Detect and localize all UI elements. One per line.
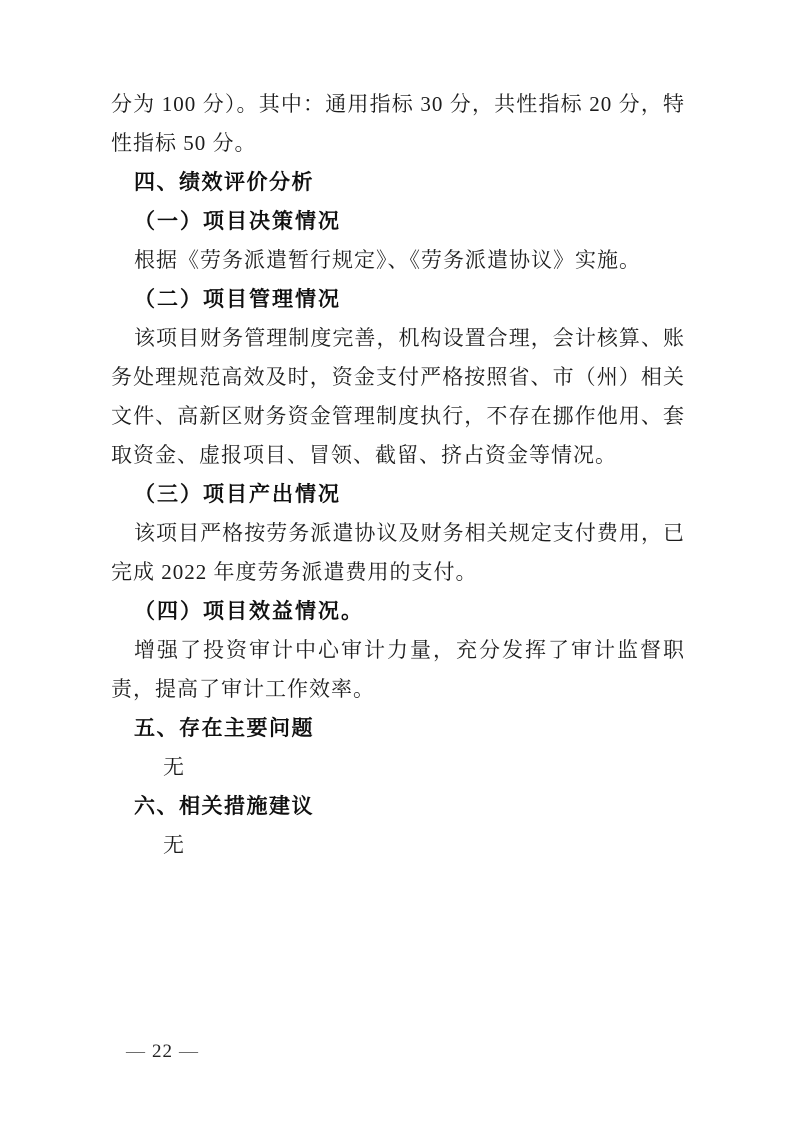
subsection-heading: （一）项目决策情况	[111, 202, 685, 241]
section-heading: 六、相关措施建议	[111, 787, 685, 826]
body-paragraph: 增强了投资审计中心审计力量，充分发挥了审计监督职责，提高了审计工作效率。	[111, 631, 685, 709]
page-number: 22	[152, 1041, 173, 1062]
page-footer: —22—	[120, 1040, 205, 1064]
continuation-paragraph: 分为 100 分）。其中：通用指标 30 分，共性指标 20 分，特性指标 50…	[111, 85, 685, 163]
answer-paragraph: 无	[111, 748, 685, 787]
document-page: 分为 100 分）。其中：通用指标 30 分，共性指标 20 分，特性指标 50…	[0, 0, 793, 1122]
subsection-heading: （四）项目效益情况。	[111, 592, 685, 631]
body-paragraph: 根据《劳务派遣暂行规定》、《劳务派遣协议》实施。	[111, 241, 685, 280]
subsection-heading: （二）项目管理情况	[111, 280, 685, 319]
body-paragraph: 该项目严格按劳务派遣协议及财务相关规定支付费用，已完成 2022 年度劳务派遣费…	[111, 514, 685, 592]
footer-dash-left: —	[120, 1041, 152, 1062]
body-paragraph: 该项目财务管理制度完善，机构设置合理，会计核算、账务处理规范高效及时，资金支付严…	[111, 319, 685, 475]
answer-paragraph: 无	[111, 826, 685, 865]
section-heading: 五、存在主要问题	[111, 709, 685, 748]
section-heading: 四、绩效评价分析	[111, 163, 685, 202]
document-body: 分为 100 分）。其中：通用指标 30 分，共性指标 20 分，特性指标 50…	[111, 85, 685, 865]
footer-dash-right: —	[173, 1041, 205, 1062]
subsection-heading: （三）项目产出情况	[111, 475, 685, 514]
